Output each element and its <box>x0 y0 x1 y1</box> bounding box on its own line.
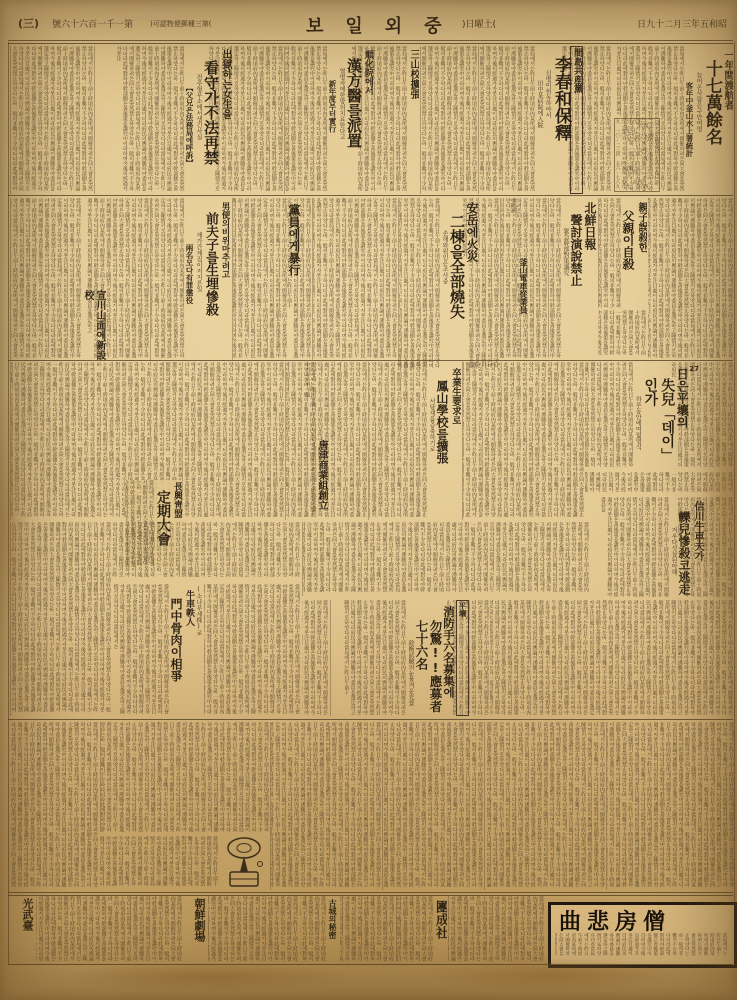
listing-columns: 當局에서는昨日午前十時頃府內某所에서開催하려든同大會를突然禁止하얏다는바一般의非… <box>340 896 394 962</box>
subhead: 열병자에한방의치료한다고 <box>337 46 345 194</box>
headline: 轢兒慘殺코逃走 <box>677 497 691 597</box>
gramophone-illustration <box>220 834 268 892</box>
section-rule <box>8 195 733 196</box>
subhead: 銓衡試驗의눈물겨운光景 <box>406 600 414 716</box>
body-text-columns: 當局에서는昨日午前十時頃府內某所에서開催하려든同大會를突然禁止하얏다는바一般의非… <box>648 198 733 358</box>
body-text-columns: 當局에서는昨日午前十時頃府內某所에서開催하려든同大會를突然禁止하얏다는바一般의非… <box>703 497 733 597</box>
body-text-columns: 當局에서는昨日午前十時頃府內某所에서開催하려든同大會를突然禁止하얏다는바一般의非… <box>462 362 584 520</box>
body-text-columns: 當局에서는昨日午前十時頃府內某所에서開催하려든同大會를突然禁止하얏다는바一般의非… <box>484 722 605 890</box>
postal-registration: )可認物便郵種三第( <box>150 19 211 29</box>
body-text-columns: 當局에서는昨日午前十時頃府內某所에서開催하려든同大會를突然禁止하얏다는바一般의非… <box>135 584 169 716</box>
body-text-columns: 當局에서는昨日午前十時頃府內某所에서開催하려든同大會를突然禁止하얏다는바一般의非… <box>10 522 111 716</box>
listing-columns: 當局에서는昨日午前十時頃府內某所에서開催하려든同大會를突然禁止하얏다는바一般의非… <box>304 896 326 962</box>
body-text-columns: 當局에서는昨日午前十時頃府內某所에서開催하려든同大會를突然禁止하얏다는바一般의非… <box>239 198 287 360</box>
article-anak-fire: 當局에서는昨日午前十時頃府內某所에서開催하려든同大會를突然禁止하얏다는바一般의非… <box>398 198 499 368</box>
section-rule <box>8 360 733 361</box>
headline: 父親이自殺 <box>621 198 635 308</box>
article-gando-communist: 當局에서는昨日午前十時頃府內某所에서開催하려든同大會를突然禁止하얏다는바一般의非… <box>478 46 611 194</box>
issue-date: 日九十二月三年五和昭 <box>637 17 727 30</box>
headline: 門中骨肉이相爭 <box>169 584 183 716</box>
headline: 失兒「데이」인가 <box>641 362 675 470</box>
subhead: 新年度부터實行 <box>328 46 338 194</box>
note-line: (소나무세株)로 <box>194 584 202 716</box>
subhead: 늘어온사람은구만여명 <box>694 46 702 194</box>
body-text-columns: 當局에서는昨日午前十時頃府內某所에서開催하려든同大會를突然禁止하얏다는바一般의非… <box>10 46 93 194</box>
body-text-columns: 當局에서는昨日午前十時頃府內某所에서開催하려든同大會를突然禁止하얏다는바一般의非… <box>231 46 283 194</box>
page-number: (三) <box>18 15 39 31</box>
headline: 前夫子를生埋慘殺 <box>202 198 219 360</box>
body-text-columns: 當局에서는昨日午前十時頃府內某所에서開催하려든同大會를突然禁止하얏다는바一般의非… <box>373 46 407 194</box>
subhead: 신병이위독하야서 <box>543 46 551 194</box>
subhead: 서당재를증축하기로 <box>427 362 435 520</box>
headline: 勿驚!!應募者七十六名 <box>414 600 442 716</box>
body-text-columns: 當局에서는昨日午前十時頃府內某所에서開催하려든同大會를突然禁止하얏다는바一般의非… <box>105 198 149 360</box>
body-text-columns: 當局에서는昨日午前十時頃府內某所에서開催하려든同大會를突然禁止하얏다는바一般의非… <box>141 46 185 194</box>
article-busan-tram: 當局에서는昨日午前十時頃府內某所에서開催하려든同大會를突然禁止하얏다는바一般의非… <box>500 198 547 358</box>
headline: 二棟을全部燒失 <box>448 198 465 368</box>
subhead: 緊急幹部對策講究 <box>561 198 569 358</box>
statistics-table: 一二三,四五六 七八,九〇一 二三,四五六 七八九 一〇,二三四 五六,七八九 … <box>614 118 660 192</box>
body-text-columns: 當局에서는昨日午前十時頃府內某所에서開催하려든同大會를突然禁止하얏다는바一般의非… <box>490 600 588 716</box>
body-text-columns: 當局에서는昨日午前十時頃府內某所에서開催하려든同大會를突然禁止하얏다는바一般의非… <box>270 722 381 890</box>
body-text-columns: 當局에서는昨日午前十時頃府內某所에서開催하려든同大會를突然禁止하얏다는바一般의非… <box>699 362 733 470</box>
theater-gwangmudae: 光武臺 <box>12 898 34 962</box>
subhead: 하루동안에여덟명식 <box>633 362 641 470</box>
headline: 男便의비위마추려고 <box>219 198 231 360</box>
listing-columns: 當局에서는昨日午前十時頃府內某所에서開催하려든同大會를突然禁止하얏다는바一般의非… <box>405 896 433 962</box>
listing-columns: 當局에서는昨日午前十時頃府內某所에서開催하려든同大會를突然禁止하얏다는바一般의非… <box>208 896 298 962</box>
body-text-columns: 當局에서는昨日午前十時頃府內某所에서開催하려든同大會를突然禁止하얏다는바一般의非… <box>15 198 81 360</box>
kicker: 牛車軼人 <box>183 584 194 716</box>
article-lost-children-day: 當局에서는昨日午前十時頃府內某所에서開催하려든同大會를突然禁止하얏다는바一般의非… <box>585 362 733 470</box>
body-text-columns: 當局에서는昨日午前十時頃府內某所에서開催하려든同大會를突然禁止하얏다는바一般의非… <box>100 836 218 890</box>
body-text-columns: 當局에서는昨日午前十時頃府內某所에서開催하려든同大會를突然禁止하얏다는바一般의非… <box>298 46 328 194</box>
ad-seungbang-bigok: 曲悲房僧 當局에서는昨日午前十時頃府內某所에서開催하려든同大會를突然禁止하얏다는… <box>548 902 737 968</box>
body-text-columns: 當局에서는昨日午前十時頃府內某所에서開催하려든同大會를突然禁止하얏다는바一般의非… <box>302 522 589 596</box>
body-text-columns: 當局에서는昨日午前十時頃府內某所에서開催하려든同大會를突然禁止하얏다는바一般의非… <box>529 198 547 358</box>
body-text-columns: 當局에서는昨日午前十時頃府內某所에서開催하려든同大會를突然禁止하얏다는바一般의非… <box>301 198 311 360</box>
article-dangjin-guild: 當局에서는昨日午前十時頃府內某所에서開催하려든同大會를突然禁止하얏다는바一般의非… <box>285 362 367 520</box>
subhead: 兩名모다有罪懲役 <box>185 198 195 360</box>
article-buksun-ilbo-ban: 北鮮日報 聲討演說禁止 緊急幹部對策講究 當局에서는昨日午前十時頃府內某所에서開… <box>548 198 597 358</box>
headline: 十七萬餘名 <box>702 46 721 194</box>
headline: 卒業生要求로 <box>449 362 461 520</box>
headline: 聲討演說禁止 <box>569 198 583 358</box>
body-text-columns: 當局에서는昨日午前十時頃府內某所에서開催하려든同大會를突然禁止하얏다는바一般의非… <box>312 198 397 360</box>
body-text-columns: 當局에서는昨日午前十時頃府內某所에서開催하려든同大會를突然禁止하얏다는바一般의非… <box>302 600 328 716</box>
body-text-columns: 當局에서는昨日午前十時頃府內某所에서開催하려든同大會를突然禁止하얏다는바一般의非… <box>583 46 611 194</box>
article-released-girl-rejailed: 當局에서는昨日午前十時頃府內某所에서開催하려든同大會를突然禁止하얏다는바一般의非… <box>94 46 283 194</box>
body-text-columns: 當局에서는昨日午前十時頃府內某所에서開催하려든同大會를突然禁止하얏다는바一般의非… <box>100 722 269 832</box>
body-text-columns: 當局에서는昨日午前十時頃府內某所에서開催하려든同大會를突然禁止하얏다는바一般의非… <box>420 46 477 194</box>
body-text-columns: 當局에서는昨日午前十時頃府內某所에서開催하려든同大會를突然禁止하얏다는바一般의非… <box>204 584 300 716</box>
paper-stain <box>60 962 360 992</box>
headline: 一年間渡航者 <box>721 46 733 194</box>
body-text-columns: 當局에서는昨日午前十時頃府內某所에서開催하려든同大會를突然禁止하얏다는바一般의非… <box>585 472 733 496</box>
subhead: 손해와원인은조사중 <box>440 198 448 368</box>
headline: 親子誤殺한 <box>635 198 647 308</box>
body-text-columns: 當局에서는昨日午前十時頃府內某所에서開催하려든同大會를突然禁止하얏다는바一般의非… <box>548 198 561 358</box>
film-title: 古城의秘密 <box>326 896 338 962</box>
body-text-columns: 當局에서는昨日午前十時頃府內某所에서開催하려든同大會를突然禁止하얏다는바一般의非… <box>606 722 734 890</box>
article-buried-alive: 男便의비위마추려고 前夫子를生埋慘殺 재가간계집이저지른일 兩名모다有罪懲役 當… <box>150 198 231 360</box>
article-firefighter-recruits: 當局에서는昨日午前十時頃府內某所에서開催하려든同大會를突然禁止하얏다는바一般의非… <box>330 600 489 716</box>
body-text-columns: 當局에서는昨日午前十時頃府內某所에서開催하려든同大會를突然禁止하얏다는바一般의非… <box>593 362 633 470</box>
body-text-columns: 當局에서는昨日午前十時頃府內某所에서開催하려든同大會를突然禁止하얏다는바一般의非… <box>629 497 669 597</box>
body-text-columns: 當局에서는昨日午前十時頃府內某所에서開催하려든同大會를突然禁止하얏다는바一般의非… <box>479 46 535 194</box>
issue-number: 號六十六百一千一第 <box>52 17 133 30</box>
body-text-columns: 當局에서는昨日午前十時頃府內某所에서開催하려든同大會를突然禁止하얏다는바一般의非… <box>605 198 621 308</box>
headline-samsan-school: 三山校擴張 <box>407 46 419 194</box>
body-text-columns: 當局에서는昨日午前十時頃府內某所에서開催하려든同大會를突然禁止하얏다는바一般의非… <box>469 600 489 716</box>
weekday-label: )日曜土( <box>462 17 496 30</box>
subhead: 客年中釜山水上署統計 <box>685 46 695 194</box>
body-text-columns: 當局에서는昨日午前十時頃府內某所에서開催하려든同大會를突然禁止하얏다는바一般의非… <box>366 600 406 716</box>
section-rule <box>8 719 733 720</box>
newspaper-page: 日九十二月三年五和昭 )日曜土( 보일외중 )可認物便郵種三第( 號六十六百一千… <box>0 0 737 1000</box>
kicker: 27 <box>689 362 699 375</box>
body-text-columns: 當局에서는昨日午前十時頃府內某所에서開催하려든同大會를突然禁止하얏다는바一般의非… <box>379 362 427 520</box>
article-party-member-assault: 當局에서는昨日午前十時頃府內某所에서開催하려든同大會를突然禁止하얏다는바一般의非… <box>232 198 311 360</box>
body-text-columns: 當局에서는昨日午前十時頃府內某所에서開催하려든同大會를突然禁止하얏다는바一般의非… <box>503 198 517 358</box>
article-suncheon-clinic: 三山校擴張 當局에서는昨日午前十時頃府內某所에서開催하려든同大會를突然禁止하얏다… <box>284 46 419 194</box>
subhead: 재가간계집이저지른일 <box>194 198 202 360</box>
body-text-columns: 當局에서는昨日午前十時頃府內某所에서開催하려든同大會를突然禁止하얏다는바一般의非… <box>112 522 300 580</box>
theater-chosun-gukjang: 朝鮮劇場 <box>184 898 206 962</box>
theater-name: 團成社 <box>433 896 447 962</box>
subhead: 田中某病院에入院 <box>535 46 543 194</box>
header-rule <box>8 40 733 44</box>
body-text-columns: 當局에서는昨日午前十時頃府內某所에서開催하려든同大會를突然禁止하얏다는바一般의非… <box>479 198 499 368</box>
article-clan-feud: (소나무세株)로 牛車軼人 門中骨肉이相爭 當局에서는昨日午前十時頃府內某所에서… <box>112 584 202 716</box>
headline: 北鮮日報 <box>583 198 597 358</box>
bottom-rule <box>8 964 733 965</box>
article-seoncheon-school: 當局에서는昨日午前十時頃府內某所에서開催하려든同大會를突然禁止하얏다는바一般의非… <box>10 198 149 360</box>
article-bongsan-school: 卒業生要求로 鳳山學校를擴張 서당재를증축하기로 當局에서는昨日午前十時頃府內某… <box>368 362 461 520</box>
ad-title: 曲悲房僧 <box>559 905 671 936</box>
subhead: 【父兄은法務局에呼訴】 <box>185 46 195 194</box>
ad-body-columns: 當局에서는昨日午前十時頃府內某所에서開催하려든同大會를突然禁止하얏다는바一般의非… <box>555 933 727 959</box>
film-gosung-secret: 古城의秘密 當局에서는昨日午前十時頃府內某所에서開催하려든同大會를突然禁止하얏다… <box>300 896 338 962</box>
body-text-columns: 當局에서는昨日午前十時頃府內某所에서開催하려든同大會를突然禁止하얏다는바一般의非… <box>295 362 315 520</box>
listing-columns: 當局에서는昨日午前十時頃府內某所에서開催하려든同大會를突然禁止하얏다는바一般의非… <box>36 896 182 962</box>
article-oxcart-child-killed: 當局에서는昨日午前十時頃府內某所에서開催하려든同大會를突然禁止하얏다는바一般의非… <box>590 497 733 597</box>
body-text-columns: 當局에서는昨日午前十時頃府內某所에서開催하려든同大會를突然禁止하얏다는바一般의非… <box>163 198 185 360</box>
headline: 鳳山學校를擴張 <box>435 362 449 520</box>
body-text-columns: 當局에서는昨日午前十時頃府內某所에서開催하려든同大會를突然禁止하얏다는바一般의非… <box>598 310 646 358</box>
body-text-columns: 當局에서는昨日午前十時頃府內某所에서開催하려든同大會를突然禁止하얏다는바一般의非… <box>410 198 440 368</box>
body-text-columns: 當局에서는昨日午前十時頃府內某所에서開催하려든同大會를突然禁止하얏다는바一般의非… <box>382 722 483 890</box>
body-text-columns: 當局에서는昨日午前十時頃府內某所에서開催하려든同大會를突然禁止하얏다는바一般의非… <box>327 362 367 520</box>
theater-dansungsa: 團成社 當局에서는昨日午前十時頃府內某所에서開催하려든同大會를突然禁止하얏다는바… <box>396 896 447 962</box>
subhead: 전주형무소에서생긴사실 <box>194 46 202 194</box>
body-text-columns: 當局에서는昨日午前十時頃府內某所에서開催하려든同大會를突然禁止하얏다는바一般의非… <box>10 722 98 890</box>
body-text-columns: 當局에서는昨日午前十時頃府內某所에서開催하려든同大會를突然禁止하얏다는바一般의非… <box>590 600 733 716</box>
body-text-columns: 當局에서는昨日午前十時頃府內某所에서開催하려든同大會를突然禁止하얏다는바一般의非… <box>448 896 544 962</box>
masthead-title: 보일외중 <box>306 12 464 38</box>
article-father-suicide: 親子誤殺한 父親이自殺 當局에서는昨日午前十時頃府內某所에서開催하려든同大會를突… <box>598 198 647 308</box>
